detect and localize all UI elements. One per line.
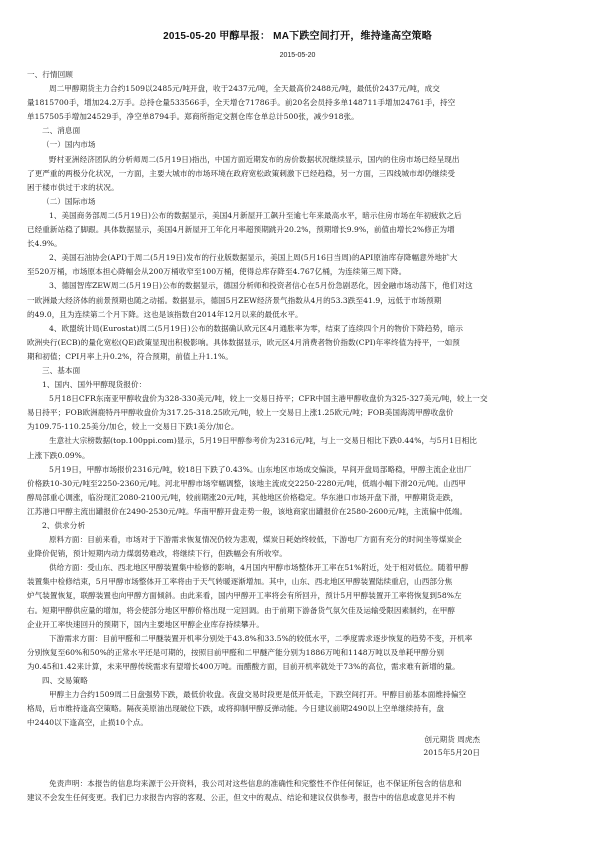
text-line: 装置集中检修结束，5月甲醇市场整体开工率将由于天气转暖逐渐增加。其中，山东、西北… <box>27 575 487 589</box>
text-line: 野村亚洲经济团队的分析师周二(5月19日)指出，中国方面近期发布的房价数据状况继… <box>27 153 487 167</box>
section-heading-trading-strategy: 四、交易策略 <box>27 674 487 688</box>
text-line: 分别恢复至60%和50%的正常水平还是可期的，按照目前甲醛和二甲醚产能分别为18… <box>27 646 487 660</box>
paragraph-domestic-market: 野村亚洲经济团队的分析师周二(5月19日)指出，中国方面近期发布的房价数据状况继… <box>27 153 487 195</box>
text-line: 原料方面：目前来看，市场对于下游需求恢复情况仍较为悲观，煤炭日耗始终较低，下游电… <box>27 533 487 547</box>
text-line: 上涨下跌0.09%。 <box>27 449 487 463</box>
text-line: 单157505手增加24529手，净空单8794手。郑商所指定交割仓库仓单总计5… <box>27 110 487 124</box>
document-body: 一、行情回顾 周二甲醇期货主力合约1509以2485元/吨开盘，收于2437元/… <box>27 68 487 730</box>
subheading-supply-demand: 2、供求分析 <box>27 519 487 533</box>
document-date: 2015-05-20 <box>0 52 595 59</box>
text-line: 下游需求方面：目前甲醛和二甲醚装置开机率分别处于43.8%和33.5%的较低水平… <box>27 632 487 646</box>
section-heading-market-review: 一、行情回顾 <box>27 68 487 82</box>
text-line: 困于楼市供过于求的状况。 <box>27 181 487 195</box>
text-line: 企业开工率快速回升的预期下，国内主要地区甲醇企业库存持续攀升。 <box>27 618 487 632</box>
paragraph-spot-quotes: 5月18日CFR东南亚甲醇收盘价为328-330美元/吨，较上一交易日持平；CF… <box>27 392 487 434</box>
text-line: 5月18日CFR东南亚甲醇收盘价为328-330美元/吨，较上一交易日持平；CF… <box>27 392 487 406</box>
text-line: 为109.75-110.25美分/加仑，较上一交易日下跌1美分/加仑。 <box>27 420 487 434</box>
news-item-4: 4、欧盟统计局(Eurostat)周二(5月19日)公布的数据确认欧元区4月通胀… <box>27 322 487 364</box>
paragraph-trading-strategy: 甲醇主力合约1509周二日盘强势下跌，最低价收盘。夜盘交易时段更是低开低走，下跌… <box>27 688 487 730</box>
text-line: 一欧洲最大经济体的前景预期也随之动摇。数据显示，德国5月ZEW经济景气指数从4月… <box>27 294 487 308</box>
text-line: 供给方面：受山东、西北地区甲醇装置集中检修的影响，4月国内甲醇市场整体开工率在5… <box>27 561 487 575</box>
paragraph-regional-prices: 5月19日，甲醇市场报价2316元/吨，较18日下跌了0.43%。山东地区市场成… <box>27 463 487 519</box>
subheading-spot-quotes: 1、国内、国外甲醇现货报价： <box>27 378 487 392</box>
signature-date: 2015年5月20日 <box>0 746 480 760</box>
text-line: 期和初值；CPI月率上升0.2%，符合预期，前值上升1.1%。 <box>27 350 487 364</box>
section-heading-fundamentals: 三、基本面 <box>27 364 487 378</box>
text-line: 江苏港口甲醇主流出罐报价在2490-2530元/吨。华南甲醇开盘走势一般，该地商… <box>27 505 487 519</box>
subheading-international-market: （二）国际市场 <box>27 195 487 209</box>
disclaimer-line: 建议不会发生任何变更。我们已力求报告内容的客观、公正，但文中的观点、结论和建议仅… <box>27 791 487 805</box>
paragraph-raw-materials: 原料方面：目前来看，市场对于下游需求恢复情况仍较为悲观，煤炭日耗始终较低，下游电… <box>27 533 487 561</box>
text-line: 4、欧盟统计局(Eurostat)周二(5月19日)公布的数据确认欧元区4月通胀… <box>27 322 487 336</box>
text-line: 中2440以下逢高空，止损10个点。 <box>27 716 487 730</box>
news-item-3: 3、德国智库ZEW周二(5月19日)公布的数据显示，德国分析师和投资者信心在5月… <box>27 279 487 321</box>
document-page: 2015-05-20 甲醇早报： MA下跌空间打开，维持逢高空策略 2015-0… <box>0 0 595 842</box>
text-line: 2、美国石油协会(API)于周二(5月19日)发布的行业版数据显示，美国上周(5… <box>27 251 487 265</box>
section-heading-news: 二、消息面 <box>27 124 487 138</box>
subheading-domestic-market: （一）国内市场 <box>27 138 487 152</box>
text-line: 欧洲央行(ECB)的量化宽松(QE)政策显现出积极影响。具体数据显示，欧元区4月… <box>27 336 487 350</box>
paragraph-100ppi: 生意社大宗榜数据(top.100ppi.com)显示，5月19日甲醇参考价为23… <box>27 434 487 462</box>
text-line: 生意社大宗榜数据(top.100ppi.com)显示，5月19日甲醇参考价为23… <box>27 434 487 448</box>
text-line: 价格跌10-30元/吨至2250-2360元/吨。河北甲醇市场窄幅调整，该地主流… <box>27 477 487 491</box>
paragraph-supply: 供给方面：受山东、西北地区甲醇装置集中检修的影响，4月国内甲醇市场整体开工率在5… <box>27 561 487 631</box>
text-line: 业降价促销，预计短期内动力煤弱势难改，将继续下行，但跌幅会有所收窄。 <box>27 547 487 561</box>
text-line: 已经重新站稳了脚跟。具体数据显示，美国4月新屋开工年化月率超预期跳升20.2%，… <box>27 223 487 237</box>
text-line: 易日持平；FOB欧洲鹿特丹甲醇收盘价为317.25-318.25欧元/吨，较上一… <box>27 406 487 420</box>
paragraph-market-review: 周二甲醇期货主力合约1509以2485元/吨开盘，收于2437元/吨，全天最高价… <box>27 82 487 124</box>
text-line: 3、德国智库ZEW周二(5月19日)公布的数据显示，德国分析师和投资者信心在5月… <box>27 279 487 293</box>
text-line: 周二甲醇期货主力合约1509以2485元/吨开盘，收于2437元/吨，全天最高价… <box>27 82 487 96</box>
disclaimer: 免责声明：本报告的信息均来源于公开资料，我公司对这些信息的准确性和完整性不作任何… <box>27 777 487 805</box>
news-item-1: 1、美国商务部周二(5月19日)公布的数据显示，美国4月新屋开工飙升至逾七年来最… <box>27 209 487 251</box>
disclaimer-line: 免责声明：本报告的信息均来源于公开资料，我公司对这些信息的准确性和完整性不作任何… <box>27 777 487 791</box>
text-line: 5月19日，甲醇市场报价2316元/吨，较18日下跌了0.43%。山东地区市场成… <box>27 463 487 477</box>
text-line: 1、美国商务部周二(5月19日)公布的数据显示，美国4月新屋开工飙升至逾七年来最… <box>27 209 487 223</box>
paragraph-downstream-demand: 下游需求方面：目前甲醛和二甲醚装置开机率分别处于43.8%和33.5%的较低水平… <box>27 632 487 674</box>
text-line: 长4.9%。 <box>27 237 487 251</box>
news-item-2: 2、美国石油协会(API)于周二(5月19日)发布的行业版数据显示，美国上周(5… <box>27 251 487 279</box>
text-line: 的49.0，且为连续第二个月下降。这也是该指数自2014年12月以来的最低水平。 <box>27 308 487 322</box>
text-line: 量1815700手，增加24.2万手。总持仓量533566手，全天增仓71786… <box>27 96 487 110</box>
text-line: 甲醇主力合约1509周二日盘强势下跌，最低价收盘。夜盘交易时段更是低开低走，下跌… <box>27 688 487 702</box>
text-line: 至520万桶，市场原本担心降幅会从200万桶收窄至100万桶，使得总库存降至4.… <box>27 265 487 279</box>
signature-author: 创元期货 周虎杰 <box>0 733 480 747</box>
text-line: 了更严重的两极分化状况，一方面，主要大城市的市场环境在政府宽松政策刺激下已经趋稳… <box>27 167 487 181</box>
text-line: 右。短期甲醇供应量的增加，将会使部分地区甲醇价格出现一定回调。由于前期下游备货气… <box>27 604 487 618</box>
text-line: 格局，后市维持逢高空策略。隔夜美原油出现破位下跌，或将抑制甲醇反弹动能。今日建议… <box>27 702 487 716</box>
text-line: 醇局部重心调涨，临汾现汇2080-2100元/吨，较前期涨20元/吨，其他地区价… <box>27 491 487 505</box>
text-line: 炉气装置恢复，联醇装置也向甲醇方面倾斜。由此来看，国内甲醇开工率将会有所回升，预… <box>27 589 487 603</box>
document-title: 2015-05-20 甲醇早报： MA下跌空间打开，维持逢高空策略 <box>0 27 595 42</box>
text-line: 为0.45和1.42来计算，未来甲醇传统需求有望增长400万吨。而醋酸方面，目前… <box>27 660 487 674</box>
